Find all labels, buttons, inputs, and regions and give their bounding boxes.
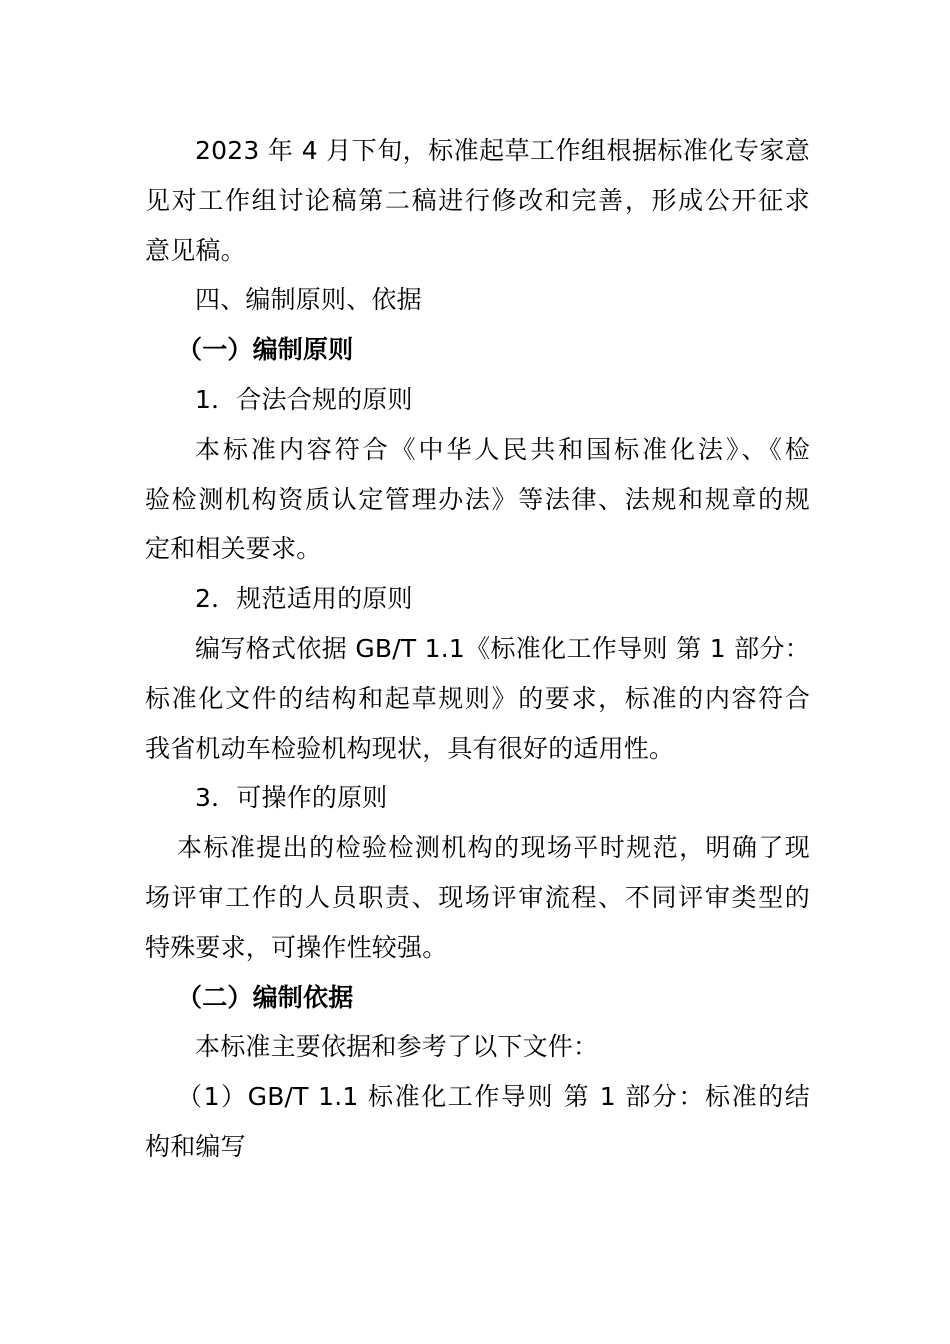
paragraph-applicability: 编写格式依据 GB/T 1.1《标准化工作导则 第 1 部分： 标准化文件的结构… [145, 624, 810, 773]
paragraph-reference-intro: 本标准主要依据和参考了以下文件： [145, 1022, 810, 1072]
item-heading-text: 3．可操作的原则 [145, 773, 810, 823]
text-line: 场评审工作的人员职责、现场评审流程、不同评审类型的 [145, 873, 810, 923]
document-page: 2023 年 4 月下旬，标准起草工作组根据标准化专家意 见对工作组讨论稿第二稿… [0, 0, 950, 1344]
subsection-heading-text: （二）编制依据 [145, 973, 810, 1023]
document-body: 2023 年 4 月下旬，标准起草工作组根据标准化专家意 见对工作组讨论稿第二稿… [145, 126, 810, 1172]
section-heading-principles-basis: 四、编制原则、依据 [145, 275, 810, 325]
paragraph-operability: 本标准提出的检验检测机构的现场平时规范，明确了现 场评审工作的人员职责、现场评审… [145, 823, 810, 972]
text-line: 构和编写 [145, 1122, 810, 1172]
text-line: 标准化文件的结构和起草规则》的要求，标准的内容符合 [145, 674, 810, 724]
subsection-heading-text: （一）编制原则 [145, 325, 810, 375]
reference-item-gbt-1-1: （1）GB/T 1.1 标准化工作导则 第 1 部分：标准的结 构和编写 [145, 1072, 810, 1172]
item-heading-text: 1．合法合规的原则 [145, 375, 810, 425]
text-line: 本标准主要依据和参考了以下文件： [145, 1022, 810, 1072]
text-line: 特殊要求，可操作性较强。 [145, 923, 810, 973]
text-line: 2023 年 4 月下旬，标准起草工作组根据标准化专家意 [145, 126, 810, 176]
item-heading-applicability: 2．规范适用的原则 [145, 574, 810, 624]
text-line: 见对工作组讨论稿第二稿进行修改和完善，形成公开征求 [145, 176, 810, 226]
item-heading-operability: 3．可操作的原则 [145, 773, 810, 823]
text-line: 编写格式依据 GB/T 1.1《标准化工作导则 第 1 部分： [145, 624, 810, 674]
section-heading-text: 四、编制原则、依据 [145, 275, 810, 325]
item-heading-text: 2．规范适用的原则 [145, 574, 810, 624]
paragraph-revision-note: 2023 年 4 月下旬，标准起草工作组根据标准化专家意 见对工作组讨论稿第二稿… [145, 126, 810, 275]
item-heading-legal-compliance: 1．合法合规的原则 [145, 375, 810, 425]
text-line: 意见稿。 [145, 226, 810, 276]
text-line: 本标准内容符合《中华人民共和国标准化法》、《检 [145, 425, 810, 475]
text-line: 验检测机构资质认定管理办法》等法律、法规和规章的规 [145, 475, 810, 525]
text-line: （1）GB/T 1.1 标准化工作导则 第 1 部分：标准的结 [145, 1072, 810, 1122]
text-line: 我省机动车检验机构现状，具有很好的适用性。 [145, 724, 810, 774]
subsection-heading-basis: （二）编制依据 [145, 973, 810, 1023]
paragraph-legal-compliance: 本标准内容符合《中华人民共和国标准化法》、《检 验检测机构资质认定管理办法》等法… [145, 425, 810, 574]
subsection-heading-principles: （一）编制原则 [145, 325, 810, 375]
text-line: 定和相关要求。 [145, 524, 810, 574]
text-line: 本标准提出的检验检测机构的现场平时规范，明确了现 [145, 823, 810, 873]
